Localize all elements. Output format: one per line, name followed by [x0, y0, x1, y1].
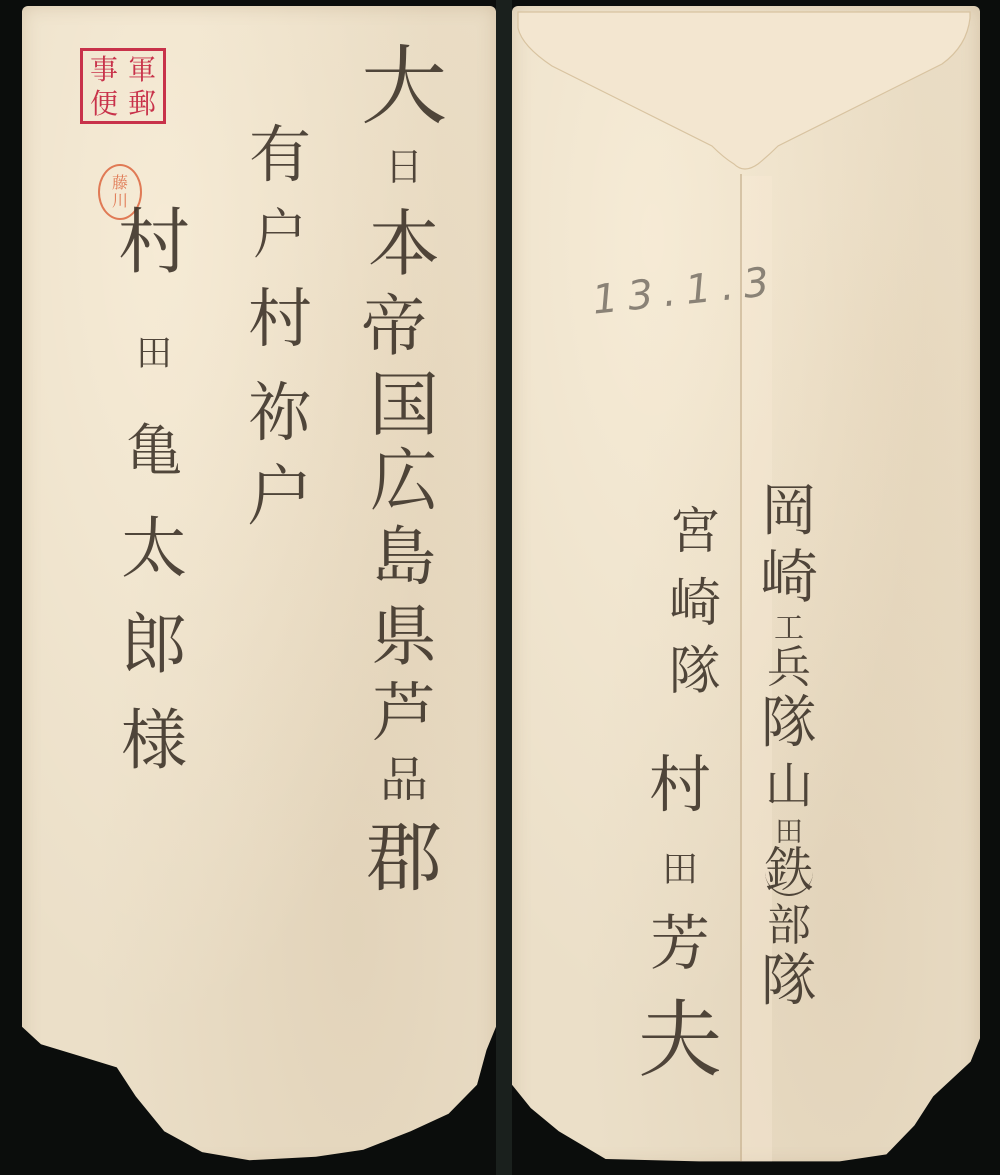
address-char: 県 [371, 604, 437, 670]
address-char: 本 [368, 208, 440, 280]
unit-char: 岡 [761, 484, 817, 540]
name-char: 太 [121, 516, 187, 582]
unit-char: 兵 [767, 646, 811, 690]
address-char: 品 [380, 756, 428, 804]
village-char: 户 [247, 464, 313, 530]
stamp-char: 郵 [123, 87, 161, 121]
unit-char: 崎 [760, 548, 818, 606]
image-divider [496, 0, 512, 1175]
stamp-char: 便 [85, 87, 123, 121]
unit-char: 鉄 [765, 846, 813, 896]
village-char: 有 [249, 124, 311, 186]
address-char: 大 [361, 44, 447, 130]
seal-char: 藤 [112, 174, 128, 192]
sender-name-char: 村 [649, 754, 711, 816]
village-char: 祢 [248, 382, 312, 446]
name-char: 田 [136, 336, 172, 372]
sender-unit-column: 宮 崎 隊 [650, 506, 740, 698]
address-char: 芦 [372, 682, 436, 746]
envelope-photo: 軍 事 郵 便 藤 川 大 日 本 帝 国 広 島 県 芦 品 郡 有 户 村 [0, 0, 1000, 1175]
unit-char: 工 [774, 614, 804, 644]
address-char: 広 [370, 448, 438, 516]
name-char: 村 [118, 206, 190, 278]
envelope-back: 13.1.3 岡 崎 工 兵 隊 山 田 鉄 部 隊 宮 崎 隊 村 田 芳 夫 [512, 6, 980, 1166]
unit-char: 隊 [761, 954, 817, 1010]
unit-char: 隊 [761, 696, 817, 752]
village-char: 户 [253, 208, 307, 262]
sender-unit-char: 崎 [669, 578, 721, 630]
sender-name-char: 田 [662, 852, 698, 888]
envelope-flap [512, 6, 980, 186]
address-char: 帝 [361, 294, 427, 360]
name-char: 亀 [126, 424, 182, 480]
name-char: 郎 [121, 612, 187, 678]
unit-column: 岡 崎 工 兵 隊 山 田 鉄 部 隊 [734, 484, 844, 1010]
address-char: 郡 [366, 820, 442, 896]
address-main-column: 大 日 本 帝 国 広 島 県 芦 品 郡 [334, 44, 474, 896]
address-char: 国 [369, 370, 439, 440]
unit-char: 部 [767, 904, 811, 948]
stamp-char: 事 [85, 53, 123, 87]
sender-name-char: 芳 [650, 914, 710, 974]
sender-unit-char: 隊 [669, 646, 721, 698]
address-char: 日 [385, 148, 423, 186]
sender-name-char: 夫 [638, 998, 722, 1082]
stamp-char: 軍 [123, 53, 161, 87]
envelope-front: 軍 事 郵 便 藤 川 大 日 本 帝 国 広 島 県 芦 品 郡 有 户 村 [22, 6, 496, 1166]
address-village-column: 有 户 村 祢 户 [230, 124, 330, 530]
unit-char: 山 [765, 762, 813, 810]
recipient-name-column: 村 田 亀 太 郎 様 [94, 206, 214, 774]
sender-name-column: 村 田 芳 夫 [620, 754, 740, 1082]
sender-unit-char: 宮 [670, 506, 720, 556]
village-char: 村 [248, 288, 312, 352]
address-char: 島 [372, 526, 436, 590]
name-char: 様 [121, 708, 187, 774]
military-mail-stamp: 軍 事 郵 便 [80, 48, 166, 124]
